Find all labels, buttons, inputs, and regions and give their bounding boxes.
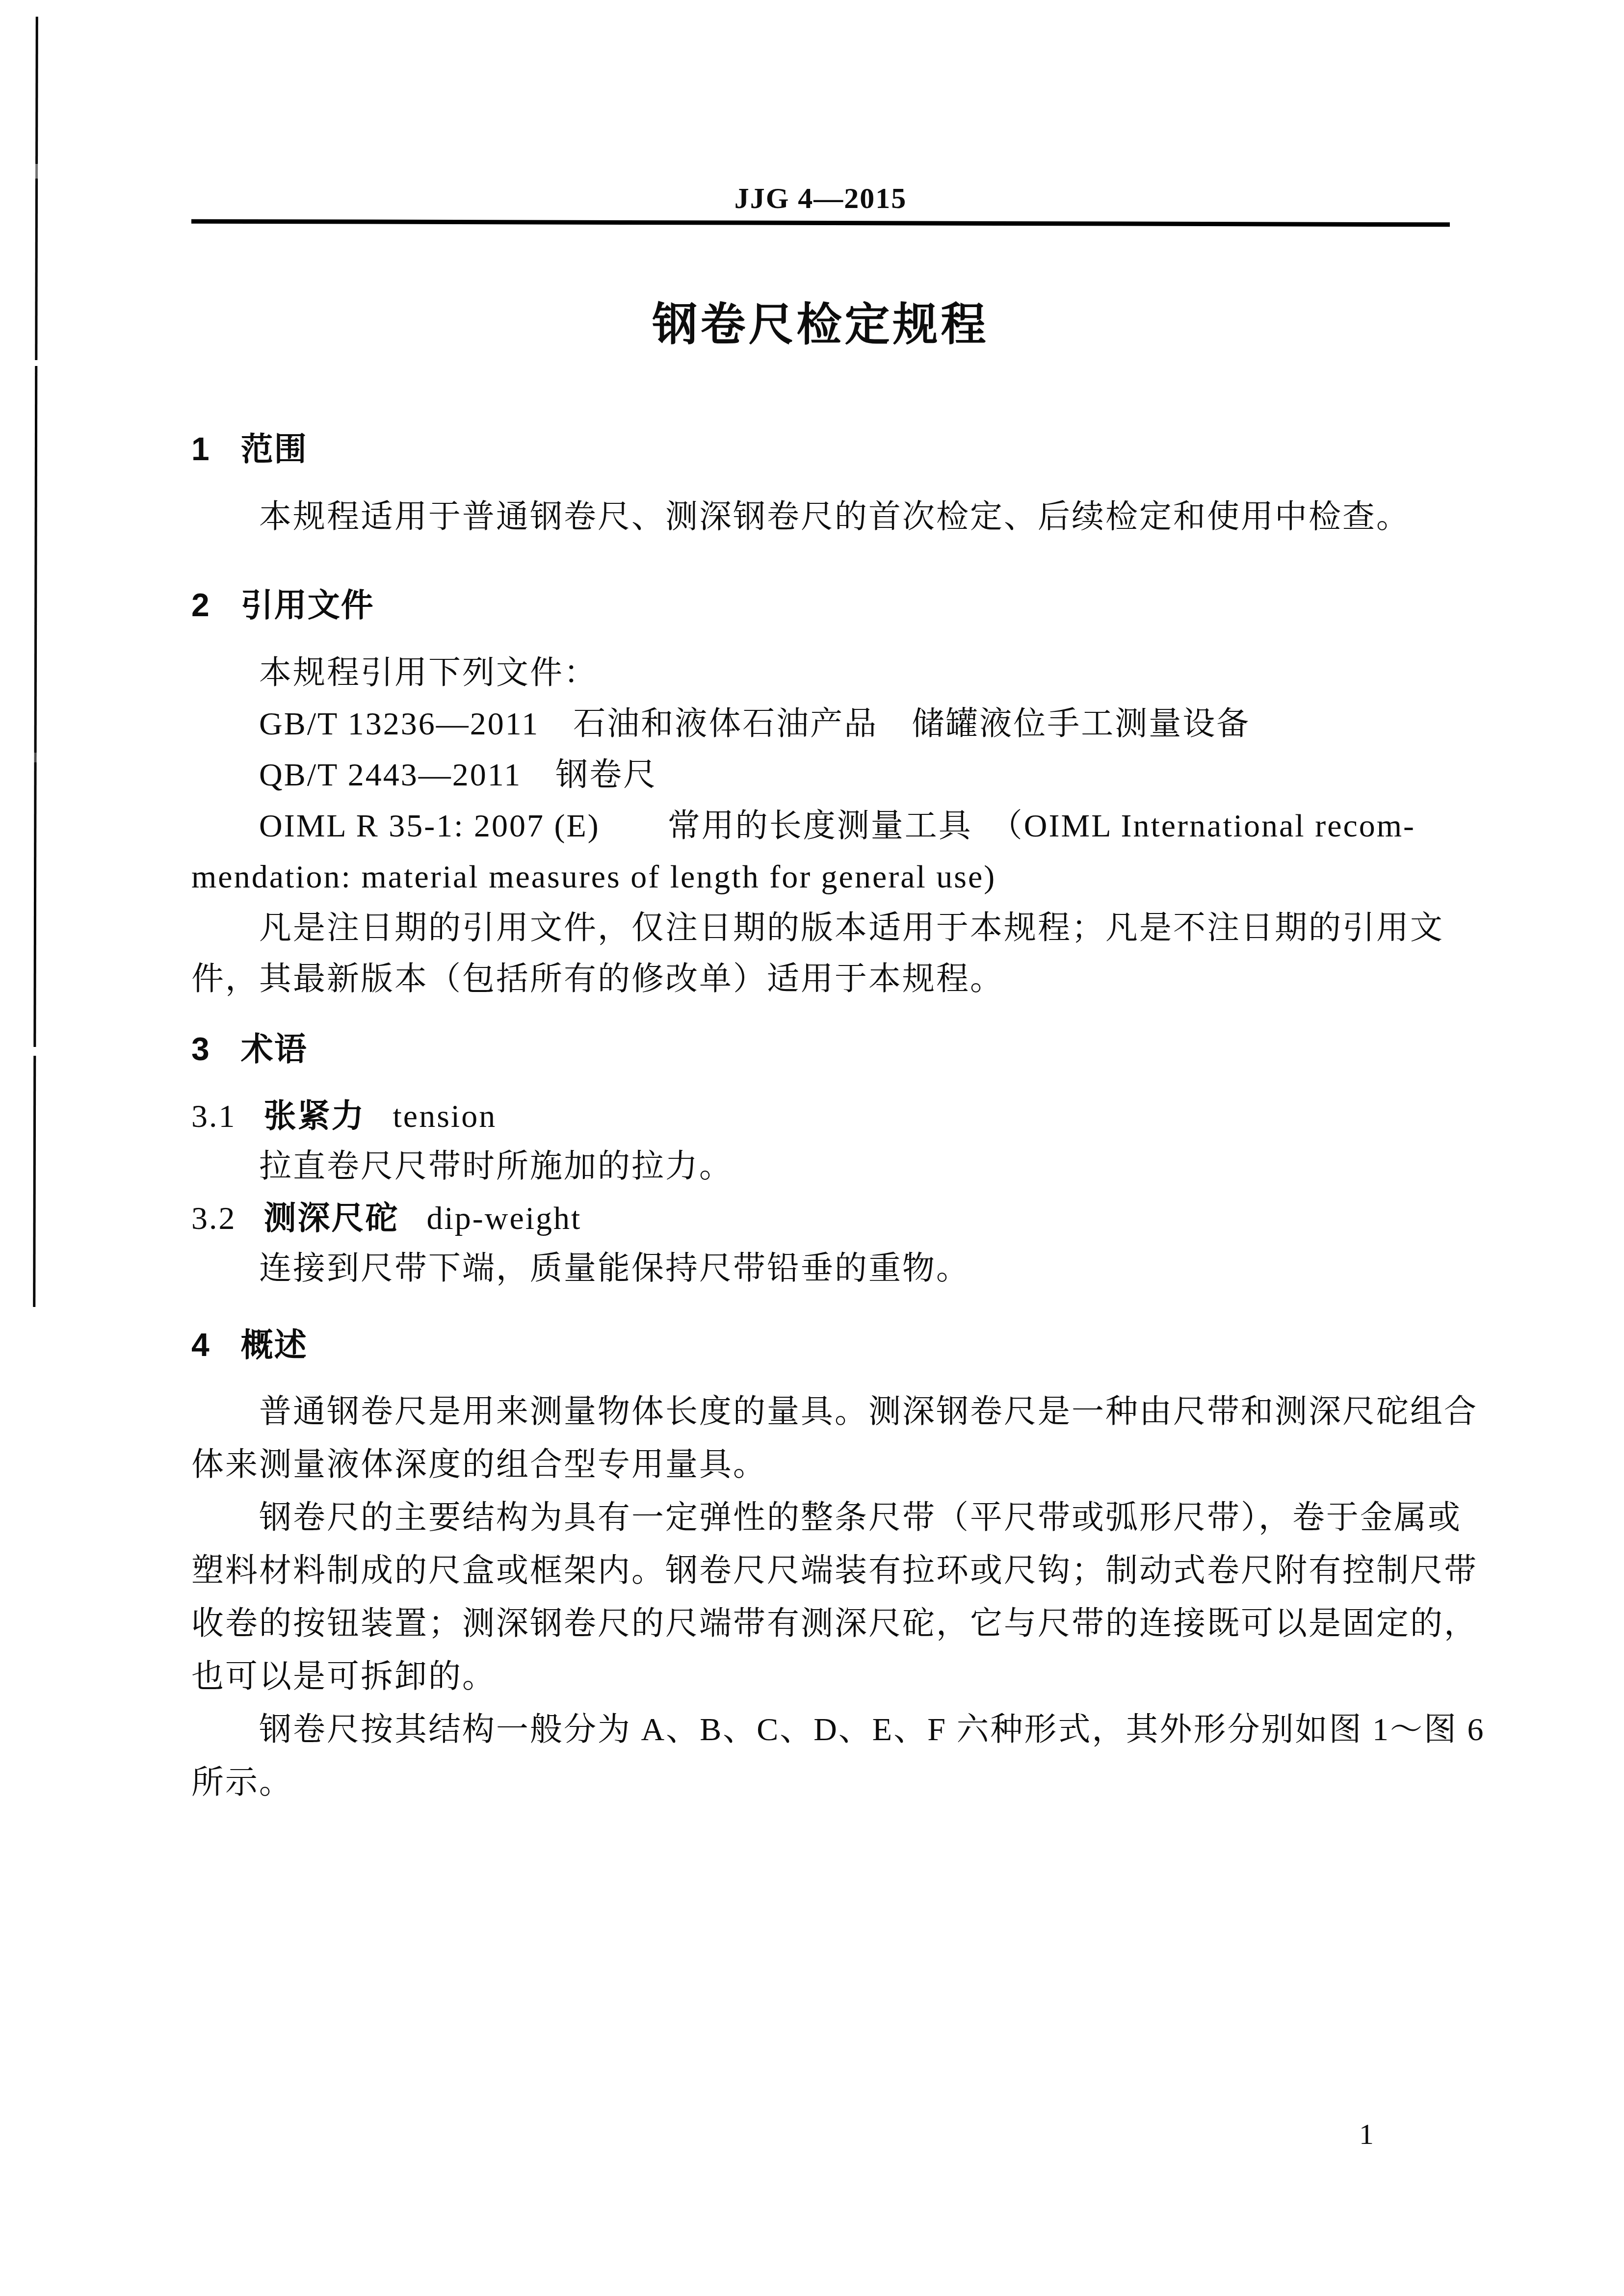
overview-line: 普通钢卷尺是用来测量物体长度的量具。测深钢卷尺是一种由尺带和测深尺砣组合 [191, 1391, 1518, 1433]
overview-line: 钢卷尺按其结构一般分为 A、B、C、D、E、F 六种形式，其外形分别如图 1～图… [191, 1709, 1518, 1750]
term-en: tension [393, 1098, 497, 1134]
term-number: 3.2 [191, 1200, 236, 1236]
section-title: 范围 [241, 431, 308, 467]
header-doc-code: JJG 4—2015 [191, 182, 1450, 215]
term-zh: 张紧力 [264, 1097, 366, 1134]
term-definition: 拉直卷尺尺带时所施加的拉力。 [191, 1146, 1518, 1187]
document-page: JJG 4—2015 钢卷尺检定规程 1范围 本规程适用于普通钢卷尺、测深钢卷尺… [0, 0, 1624, 2296]
term-number: 3.1 [191, 1098, 236, 1134]
overview-line: 体来测量液体深度的组合型专用量具。 [191, 1444, 1450, 1486]
section-number: 1 [191, 431, 210, 467]
term-zh: 测深尺砣 [264, 1200, 399, 1236]
term-en: dip-weight [427, 1200, 582, 1236]
page-number: 1 [1359, 2117, 1374, 2151]
section-number: 4 [191, 1327, 210, 1363]
overview-line: 收卷的按钮装置；测深钢卷尺的尺端带有测深尺砣，它与尺带的连接既可以是固定的， [191, 1603, 1450, 1644]
term-definition: 连接到尺带下端，质量能保持尺带铅垂的重物。 [191, 1248, 1518, 1289]
section-heading-scope: 1范围 [191, 423, 308, 470]
document-title: 钢卷尺检定规程 [191, 288, 1450, 353]
overview-line: 也可以是可拆卸的。 [191, 1656, 1450, 1697]
section-number: 2 [191, 587, 210, 623]
overview-line: 所示。 [191, 1762, 1450, 1803]
section-heading-references: 2引用文件 [191, 579, 374, 626]
references-line: 本规程引用下列文件： [191, 652, 1518, 694]
section-title: 概述 [241, 1327, 308, 1363]
references-line: GB/T 13236—2011 石油和液体石油产品 储罐液位手工测量设备 [191, 704, 1518, 745]
section-heading-overview: 4概述 [191, 1319, 308, 1365]
references-line: 凡是注日期的引用文件，仅注日期的版本适用于本规程；凡是不注日期的引用文 [191, 908, 1518, 949]
scope-paragraph-line: 本规程适用于普通钢卷尺、测深钢卷尺的首次检定、后续检定和使用中检查。 [191, 496, 1518, 538]
term-entry-heading: 3.1张紧力tension [191, 1095, 1450, 1137]
references-line: 件，其最新版本（包括所有的修改单）适用于本规程。 [191, 959, 1450, 1000]
section-number: 3 [191, 1031, 210, 1067]
overview-line: 钢卷尺的主要结构为具有一定弹性的整条尺带（平尺带或弧形尺带），卷于金属或 [191, 1497, 1518, 1539]
references-line: QB/T 2443—2011 钢卷尺 [191, 755, 1518, 796]
scan-artifact-line [33, 17, 38, 1307]
section-title: 术语 [241, 1031, 308, 1067]
references-line: mendation: material measures of length f… [191, 857, 1450, 898]
section-heading-terms: 3术语 [191, 1023, 308, 1070]
header-rule [191, 219, 1450, 227]
section-title: 引用文件 [241, 587, 374, 623]
overview-line: 塑料材料制成的尺盒或框架内。钢卷尺尺端装有拉环或尺钩；制动式卷尺附有控制尺带 [191, 1550, 1450, 1592]
term-entry-heading: 3.2测深尺砣dip-weight [191, 1197, 1450, 1239]
references-line: OIML R 35-1: 2007 (E) 常用的长度测量工具 （OIML In… [191, 806, 1518, 847]
